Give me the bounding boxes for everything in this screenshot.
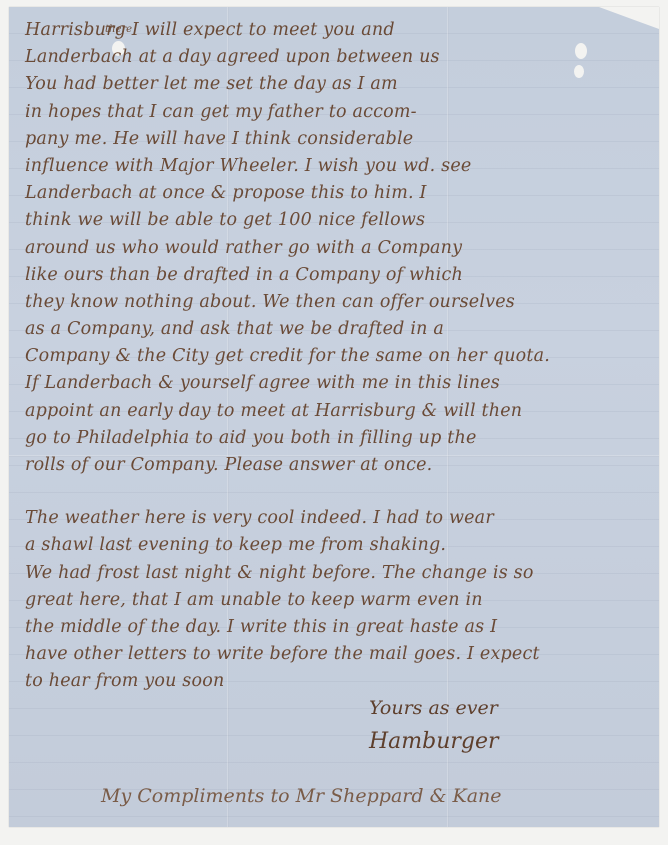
text-line: a shawl last evening to keep me from sha… [25,532,650,559]
text-line: they know nothing about. We then can off… [25,289,650,316]
postscript: My Compliments to Mr Sheppard & Kane [101,785,502,807]
text-line: If Landerbach & yourself agree with me i… [25,370,650,397]
text-line: like ours than be drafted in a Company o… [25,262,650,289]
text-line: to hear from you soon [25,668,650,695]
paragraph-gap [25,479,650,505]
text-line: have other letters to write before the m… [25,641,650,668]
text-line: the middle of the day. I write this in g… [25,614,650,641]
text-line: appoint an early day to meet at Harrisbu… [25,398,650,425]
text-line: rolls of our Company. Please answer at o… [25,452,650,479]
text-line: We had frost last night & night before. … [25,560,650,587]
page: there Harrisburg I will expect to meet y… [0,0,668,845]
text-line: go to Philadelphia to aid you both in fi… [25,425,650,452]
paragraph-2: The weather here is very cool indeed. I … [25,505,650,695]
text-line: Company & the City get credit for the sa… [25,343,650,370]
text-line: Landerbach at once & propose this to him… [25,180,650,207]
text-line: pany me. He will have I think considerab… [25,126,650,153]
text-line: Harrisburg I will expect to meet you and [25,17,650,44]
text-line: The weather here is very cool indeed. I … [25,505,650,532]
text-line: think we will be able to get 100 nice fe… [25,207,650,234]
valediction: Yours as ever [369,697,498,719]
text-line: as a Company, and ask that we be drafted… [25,316,650,343]
text-line: in hopes that I can get my father to acc… [25,99,650,126]
text-line: Landerbach at a day agreed upon between … [25,44,650,71]
text-line: influence with Major Wheeler. I wish you… [25,153,650,180]
letter-sheet: there Harrisburg I will expect to meet y… [9,7,659,827]
paragraph-1: Harrisburg I will expect to meet you and… [25,17,650,479]
text-line: You had better let me set the day as I a… [25,71,650,98]
text-line: around us who would rather go with a Com… [25,235,650,262]
signature: Hamburger [369,729,499,754]
text-line: great here, that I am unable to keep war… [25,587,650,614]
letter-body: Harrisburg I will expect to meet you and… [25,17,650,696]
